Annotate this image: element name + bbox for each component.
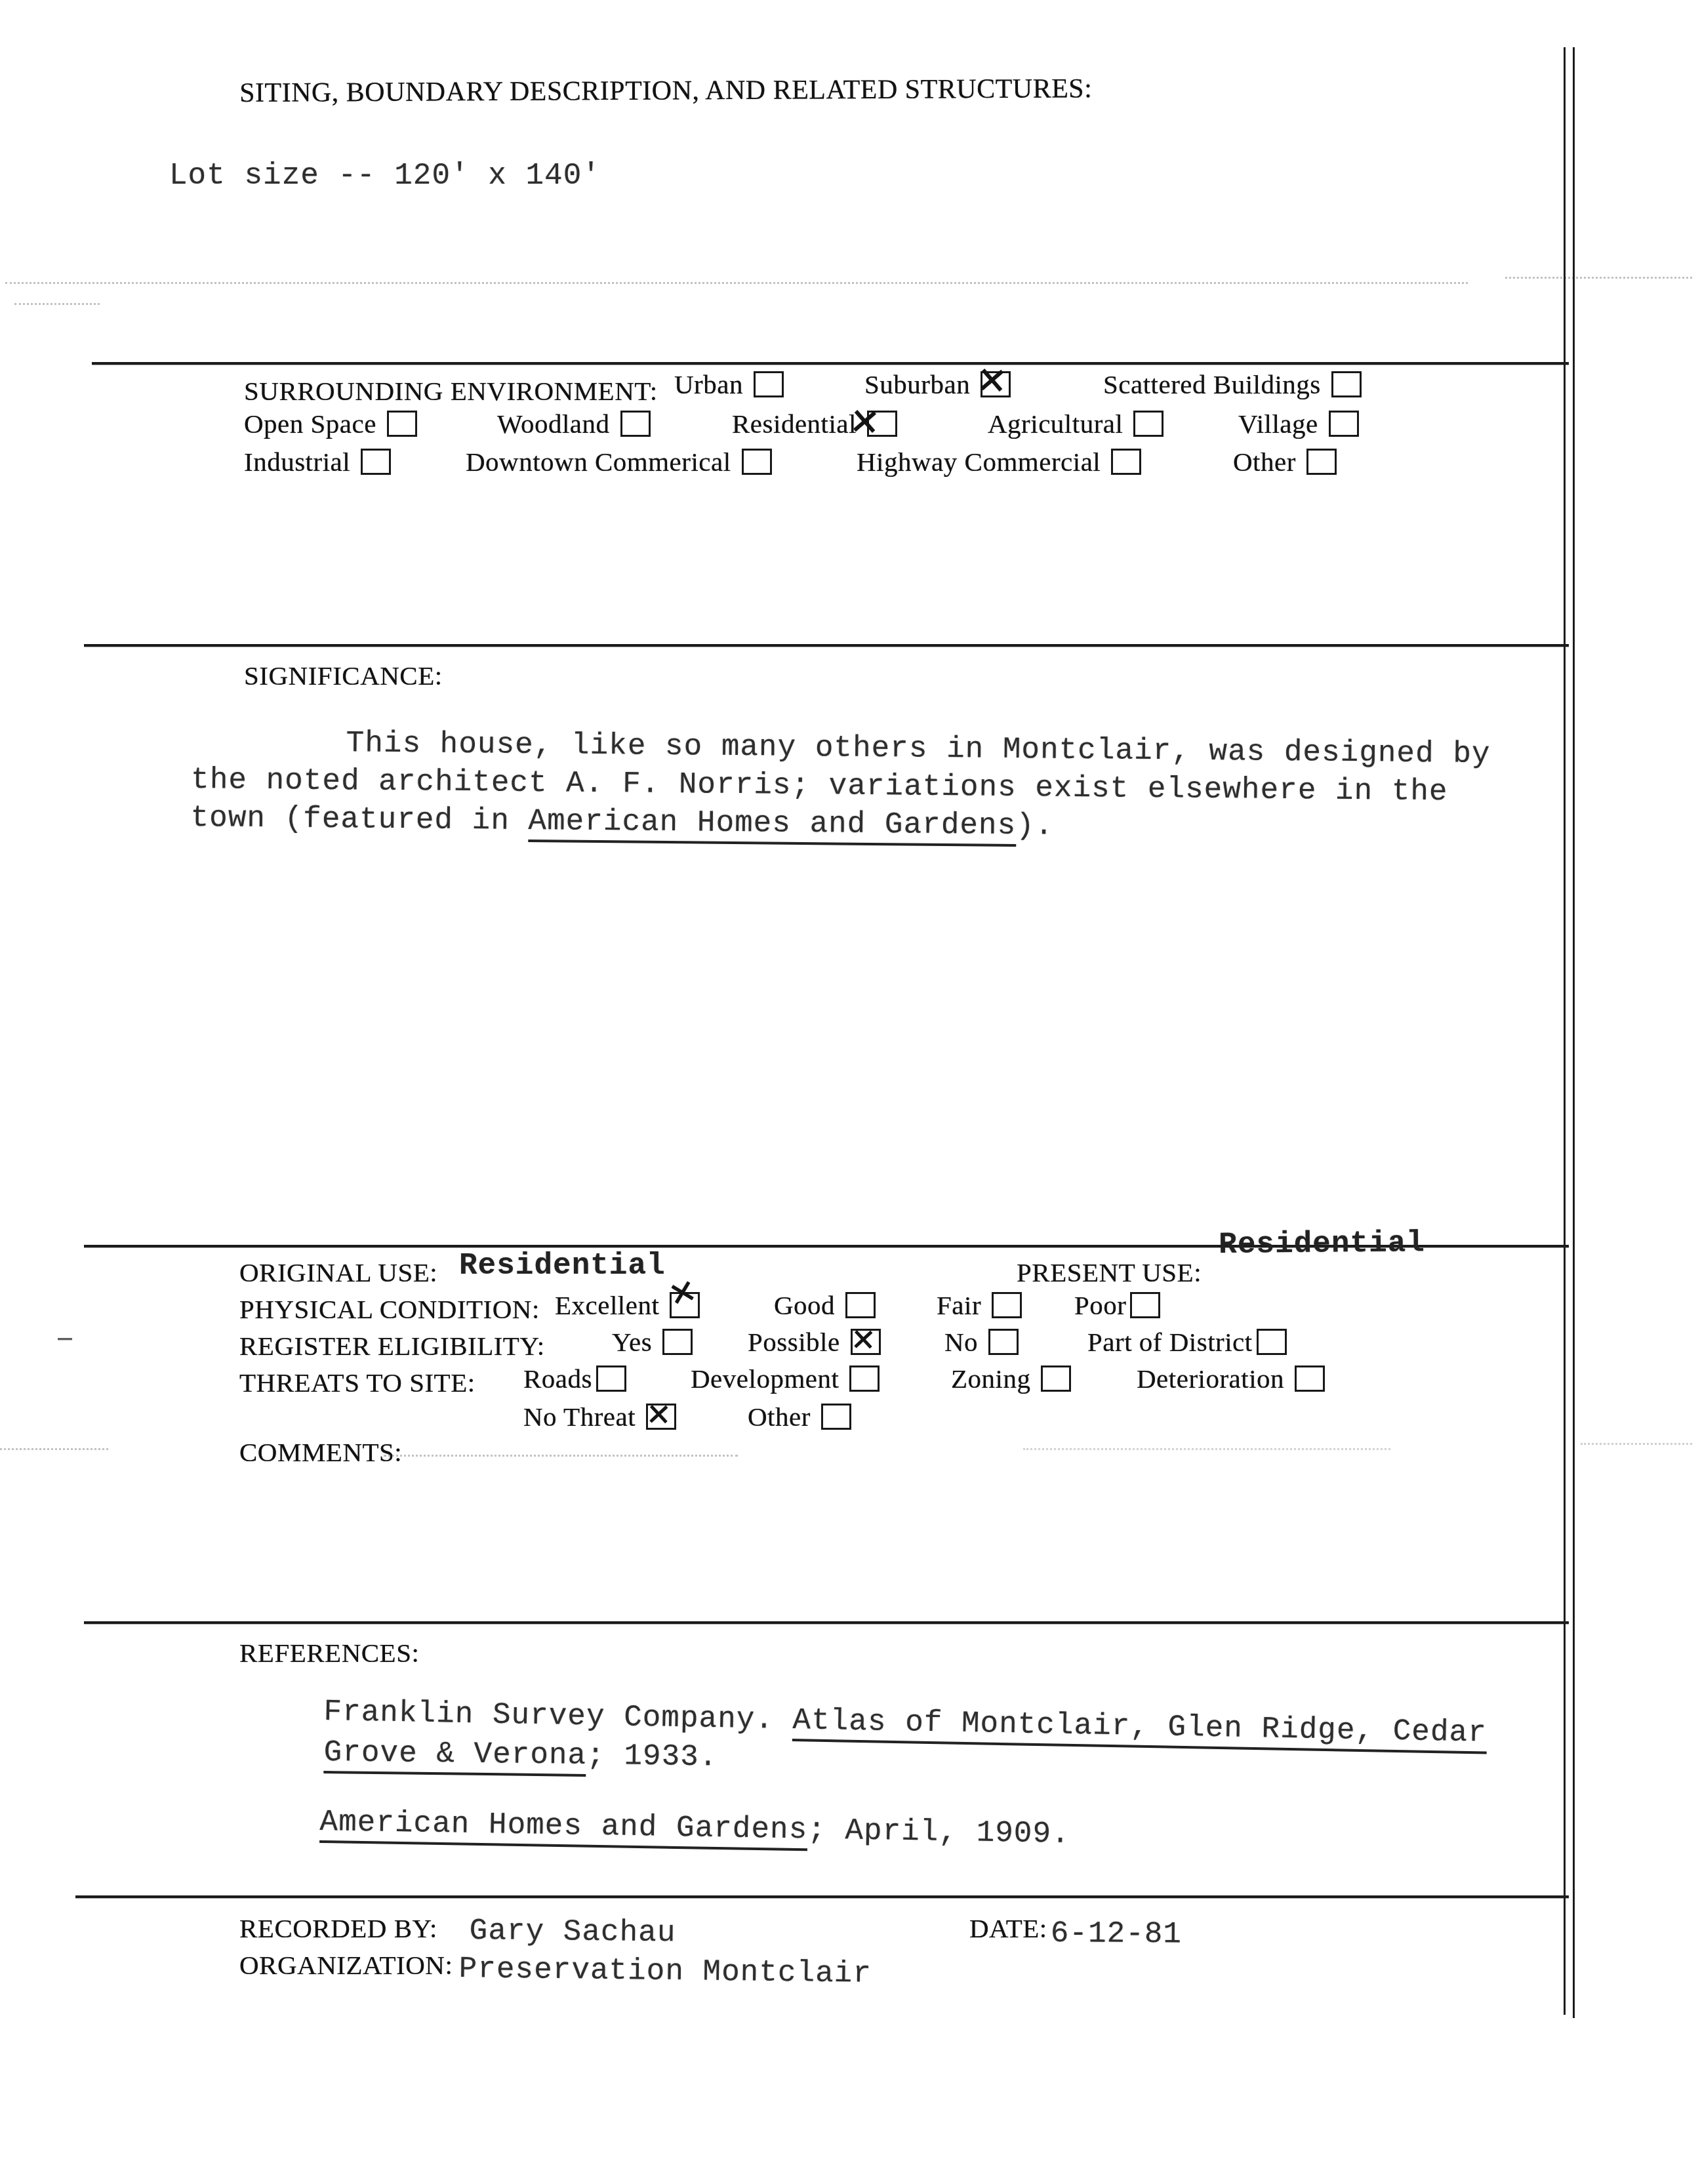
threat-checkbox-development bbox=[849, 1365, 880, 1392]
env-checkbox-scattered-buildings bbox=[1331, 371, 1362, 397]
register-option-part-of-district-label: Part of District bbox=[1087, 1326, 1253, 1358]
physical-condition-label: PHYSICAL CONDITION: bbox=[239, 1293, 540, 1325]
lot-size-value: Lot size -- 120' x 140' bbox=[169, 159, 601, 193]
env-option-village-label: Village bbox=[1238, 408, 1318, 439]
env-checkbox-woodland bbox=[620, 411, 651, 437]
condition-checkbox-good bbox=[845, 1292, 876, 1318]
reference-1-year: ; 1933. bbox=[586, 1739, 718, 1774]
threat-checkbox-roads bbox=[596, 1365, 626, 1392]
env-option-highway-commercial: Highway Commercial bbox=[857, 446, 1141, 477]
document-page: SITING, BOUNDARY DESCRIPTION, AND RELATE… bbox=[0, 0, 1700, 2184]
env-checkbox-other bbox=[1306, 449, 1337, 475]
env-option-village: Village bbox=[1238, 408, 1359, 439]
condition-option-excellent-label: Excellent bbox=[555, 1289, 659, 1321]
env-option-scattered-buildings: Scattered Buildings bbox=[1103, 369, 1362, 400]
register-checkbox-no bbox=[988, 1329, 1019, 1355]
threats-label: THREATS TO SITE: bbox=[239, 1367, 476, 1398]
threat-checkbox-zoning bbox=[1041, 1365, 1071, 1392]
condition-checkbox-excellent bbox=[670, 1292, 700, 1318]
env-checkbox-agricultural bbox=[1133, 411, 1164, 437]
section-divider bbox=[84, 644, 1569, 647]
env-option-agricultural-label: Agricultural bbox=[988, 408, 1123, 439]
condition-option-fair: Fair bbox=[937, 1289, 1022, 1321]
recorded-by-value: Gary Sachau bbox=[469, 1914, 676, 1950]
threat-option-roads: Roads bbox=[523, 1363, 626, 1394]
organization-value: Preservation Montclair bbox=[458, 1952, 872, 1991]
condition-option-poor: Poor bbox=[1074, 1289, 1160, 1321]
significance-line3-pre: town (featured in bbox=[190, 801, 528, 838]
env-option-open-space: Open Space bbox=[244, 408, 417, 439]
register-option-yes: Yes bbox=[612, 1326, 693, 1358]
significance-line3-post: ). bbox=[1016, 809, 1054, 843]
threat-option-roads-label: Roads bbox=[523, 1363, 592, 1394]
page-edge-line bbox=[1564, 47, 1566, 2015]
env-option-suburban: Suburban bbox=[864, 369, 1011, 400]
condition-option-poor-label: Poor bbox=[1074, 1289, 1126, 1321]
page-edge-line bbox=[1573, 47, 1575, 2018]
condition-option-excellent: Excellent bbox=[555, 1289, 700, 1321]
threat-option-zoning-label: Zoning bbox=[951, 1363, 1030, 1394]
env-checkbox-open-space bbox=[387, 411, 417, 437]
scan-noise bbox=[5, 282, 1468, 284]
env-option-urban: Urban bbox=[674, 369, 784, 400]
reference-2-title: American Homes and Gardens bbox=[319, 1805, 808, 1851]
env-option-open-space-label: Open Space bbox=[244, 408, 376, 439]
condition-option-good: Good bbox=[774, 1289, 876, 1321]
env-option-industrial: Industrial bbox=[244, 446, 391, 477]
condition-option-fair-label: Fair bbox=[937, 1289, 981, 1321]
env-option-woodland: Woodland bbox=[497, 408, 651, 439]
env-option-agricultural: Agricultural bbox=[988, 408, 1164, 439]
section-divider bbox=[84, 1621, 1569, 1624]
env-option-downtown-commerical-label: Downtown Commerical bbox=[466, 446, 731, 477]
threat-option-deterioration: Deterioration bbox=[1137, 1363, 1325, 1394]
scan-noise bbox=[1023, 1448, 1390, 1450]
env-option-urban-label: Urban bbox=[674, 369, 743, 400]
significance-line3-underlined: American Homes and Gardens bbox=[528, 804, 1016, 847]
register-option-possible: Possible bbox=[748, 1326, 881, 1358]
register-checkbox-part-of-district bbox=[1257, 1329, 1287, 1355]
present-use-value: Residential bbox=[1219, 1226, 1425, 1262]
scan-artifact bbox=[58, 1338, 72, 1340]
section-title-siting: SITING, BOUNDARY DESCRIPTION, AND RELATE… bbox=[239, 73, 1092, 109]
env-option-residential: Residential bbox=[732, 408, 897, 439]
scan-noise bbox=[1505, 277, 1692, 279]
threat-option-no-threat: No Threat bbox=[523, 1401, 676, 1432]
env-option-industrial-label: Industrial bbox=[244, 446, 350, 477]
register-option-yes-label: Yes bbox=[612, 1326, 652, 1358]
organization-label: ORGANIZATION: bbox=[239, 1949, 453, 1981]
threat-checkbox-deterioration bbox=[1295, 1365, 1325, 1392]
present-use-label: PRESENT USE: bbox=[1017, 1257, 1202, 1288]
reference-2: American Homes and Gardens; April, 1909. bbox=[319, 1805, 1070, 1851]
env-option-other-label: Other bbox=[1233, 446, 1296, 477]
section-divider bbox=[92, 362, 1569, 365]
recorded-by-label: RECORDED BY: bbox=[239, 1912, 437, 1944]
env-option-residential-label: Residential bbox=[732, 408, 857, 439]
comments-label: COMMENTS: bbox=[239, 1436, 402, 1468]
original-use-label: ORIGINAL USE: bbox=[239, 1257, 437, 1288]
date-label: DATE: bbox=[969, 1912, 1047, 1944]
env-checkbox-suburban bbox=[981, 371, 1011, 397]
register-option-no-label: No bbox=[944, 1326, 978, 1358]
reference-1-line2: Grove & Verona; 1933. bbox=[323, 1735, 718, 1774]
env-option-downtown-commerical: Downtown Commerical bbox=[466, 446, 772, 477]
threat-option-other-label: Other bbox=[748, 1401, 811, 1432]
date-value: 6-12-81 bbox=[1051, 1916, 1183, 1951]
reference-1-title: Atlas of Montclair, Glen Ridge, Cedar bbox=[792, 1703, 1487, 1754]
threat-checkbox-other bbox=[821, 1404, 851, 1430]
condition-checkbox-fair bbox=[992, 1292, 1022, 1318]
env-option-suburban-label: Suburban bbox=[864, 369, 970, 400]
env-checkbox-industrial bbox=[361, 449, 391, 475]
env-checkbox-urban bbox=[754, 371, 784, 397]
significance-text: This house, like so many others in Montc… bbox=[190, 723, 1490, 849]
env-option-highway-commercial-label: Highway Commercial bbox=[857, 446, 1101, 477]
scan-noise bbox=[1581, 1443, 1692, 1445]
register-option-no: No bbox=[944, 1326, 1019, 1358]
scan-noise bbox=[384, 1455, 738, 1457]
surrounding-environment-label: SURROUNDING ENVIRONMENT: bbox=[244, 375, 658, 407]
condition-checkbox-poor bbox=[1130, 1292, 1160, 1318]
register-option-possible-label: Possible bbox=[748, 1326, 840, 1358]
threat-checkbox-no-threat bbox=[646, 1404, 676, 1430]
register-option-part-of-district: Part of District bbox=[1087, 1326, 1287, 1358]
threat-option-development: Development bbox=[691, 1363, 880, 1394]
env-option-scattered-buildings-label: Scattered Buildings bbox=[1103, 369, 1321, 400]
env-option-woodland-label: Woodland bbox=[497, 408, 610, 439]
threat-option-no-threat-label: No Threat bbox=[523, 1401, 636, 1432]
register-checkbox-yes bbox=[662, 1329, 693, 1355]
scan-noise bbox=[14, 303, 100, 305]
threat-option-deterioration-label: Deterioration bbox=[1137, 1363, 1284, 1394]
env-checkbox-downtown-commerical bbox=[742, 449, 772, 475]
references-label: REFERENCES: bbox=[239, 1637, 419, 1668]
register-checkbox-possible bbox=[851, 1329, 881, 1355]
threat-option-development-label: Development bbox=[691, 1363, 839, 1394]
reference-2-date: ; April, 1909. bbox=[807, 1813, 1070, 1851]
condition-option-good-label: Good bbox=[774, 1289, 835, 1321]
env-checkbox-residential bbox=[867, 411, 897, 437]
register-eligibility-label: REGISTER ELIGIBILITY: bbox=[239, 1330, 545, 1362]
env-checkbox-village bbox=[1329, 411, 1359, 437]
env-checkbox-highway-commercial bbox=[1111, 449, 1141, 475]
original-use-value: Residential bbox=[459, 1249, 666, 1283]
section-divider bbox=[75, 1895, 1569, 1898]
threat-option-other: Other bbox=[748, 1401, 851, 1432]
threat-option-zoning: Zoning bbox=[951, 1363, 1071, 1394]
scan-noise bbox=[0, 1448, 108, 1450]
reference-1-author: Franklin Survey Company. bbox=[323, 1695, 793, 1737]
significance-label: SIGNIFICANCE: bbox=[244, 660, 443, 691]
env-option-other: Other bbox=[1233, 446, 1337, 477]
reference-1-title-cont: Grove & Verona bbox=[323, 1735, 586, 1777]
